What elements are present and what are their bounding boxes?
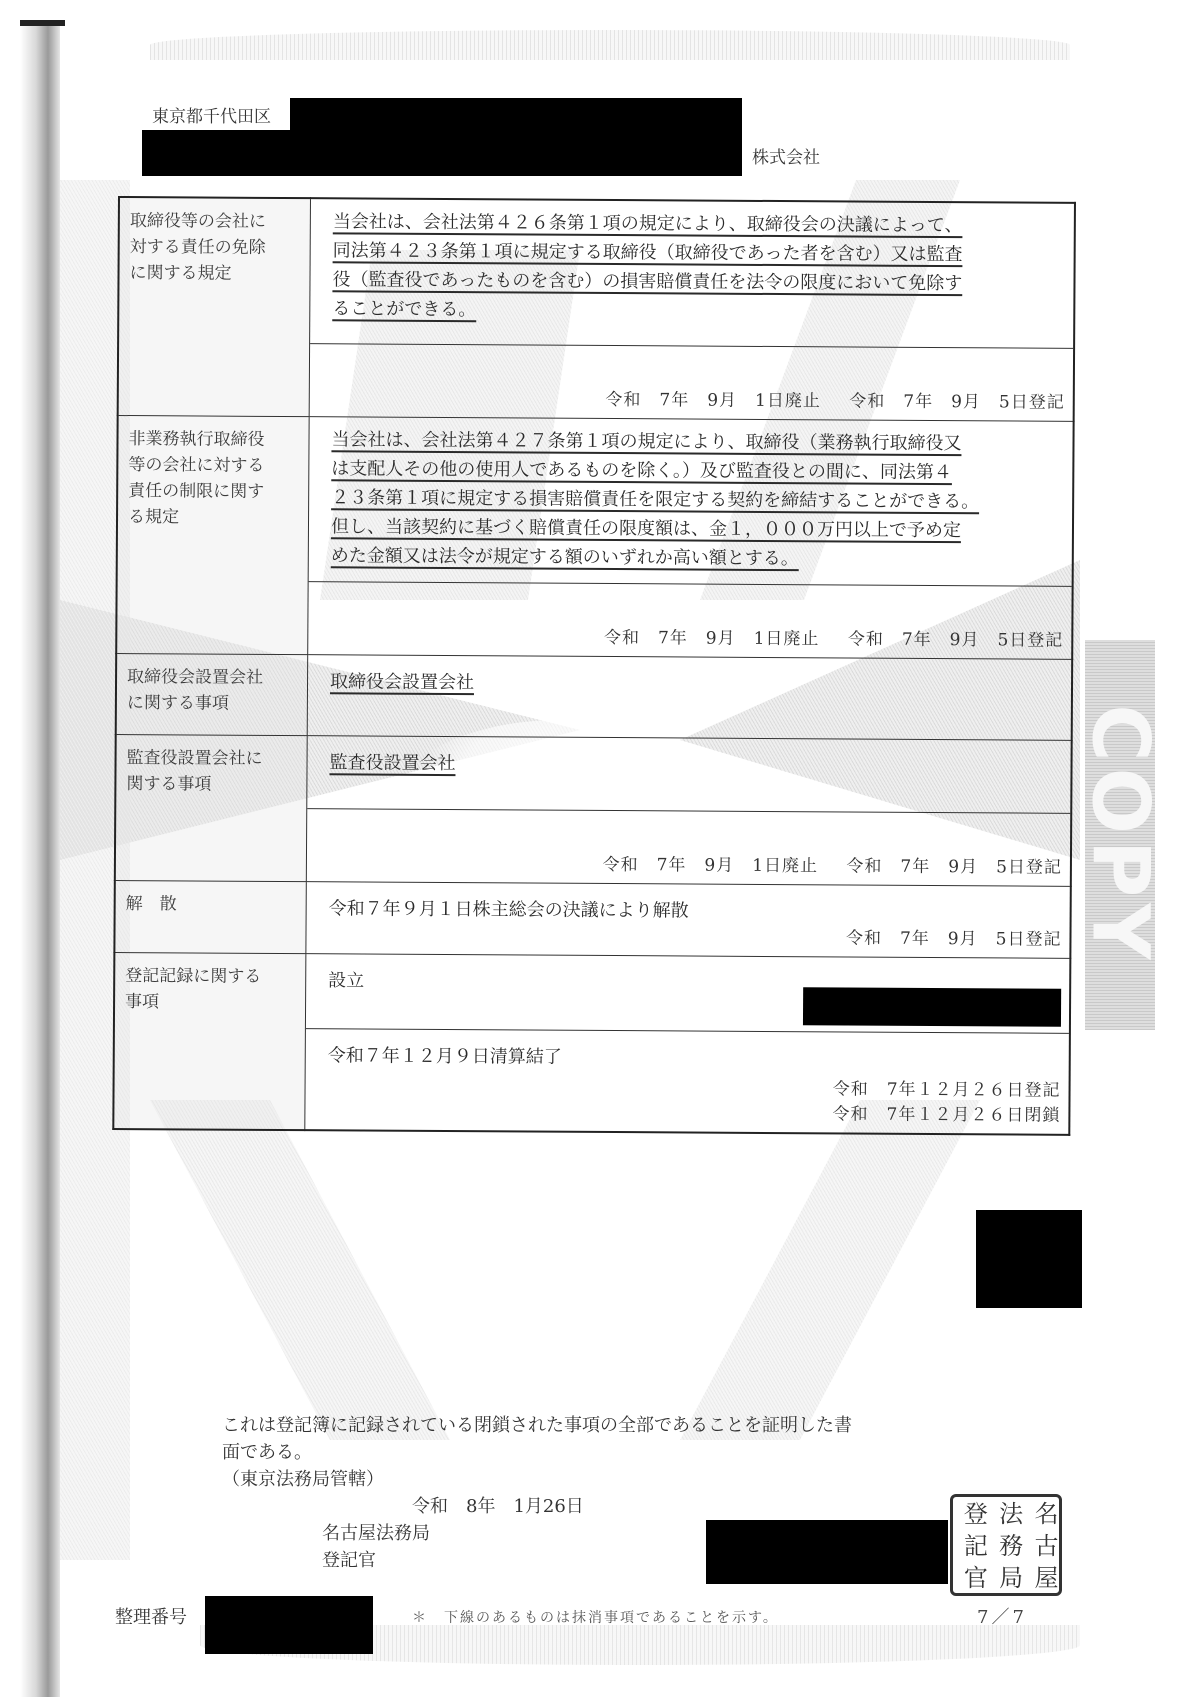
registered-date: 令和 7年 9月 5日登記 xyxy=(849,391,1065,412)
content-line: 取締役会設置会社 xyxy=(330,671,474,693)
section-label: 解 散 xyxy=(114,880,306,953)
section-board-of-directors: 取締役会設置会社 に関する事項 取締役会設置会社 xyxy=(116,653,1072,740)
redacted-stamp xyxy=(976,1210,1082,1308)
entry-establishment: 設立 xyxy=(306,954,1069,1033)
entry-liquidation: 令和７年１２月９日清算結了 令和 7年１２月２６日登記 令和 7年１２月２６日閉… xyxy=(305,1028,1069,1134)
section-label: 登記記録に関する 事項 xyxy=(113,952,306,1130)
section-non-executive-liability-limit: 非業務執行取締役 等の会社に対する 責任の制限に関す る規定 当会社は、会社法第… xyxy=(116,416,1073,660)
closed-date: 令和 7年１２月２６日閉鎖 xyxy=(833,1104,1061,1125)
content-line: 設立 xyxy=(328,970,364,991)
section-content: 当会社は、会社法第４２６条第１項の規定により、取締役会の決議によって、 同法第４… xyxy=(309,198,1075,421)
redacted-establishment-date xyxy=(803,987,1061,1027)
content-line: 当会社は、会社法第４２６条第１項の規定により、取締役会の決議によって、 xyxy=(333,207,1060,240)
abolished-date: 令和 7年 9月 1日廃止 xyxy=(603,855,819,876)
jurisdiction: （東京法務局管轄） xyxy=(222,1466,852,1493)
binding-shadow xyxy=(20,20,60,1697)
registered-date: 令和 7年 9月 5日登記 xyxy=(846,856,1062,877)
underline-footnote: ＊ 下線のあるものは抹消事項であることを示す。 xyxy=(412,1607,779,1627)
content-line: 当会社は、会社法第４２７条第１項の規定により、取締役（業務執行取締役又 xyxy=(331,425,1058,458)
address-prefix: 東京都千代田区 xyxy=(152,102,271,127)
abolished-date: 令和 7年 9月 1日廃止 xyxy=(604,628,820,649)
section-content: 当会社は、会社法第４２７条第１項の規定により、取締役（業務執行取締役又 は支配人… xyxy=(308,417,1074,660)
content-line: 役（監査役であったものを含む）の損害賠償責任を法令の限度において免除す xyxy=(332,265,1059,298)
section-label: 取締役会設置会社 に関する事項 xyxy=(116,653,308,735)
certification-line-2: 面である。 xyxy=(222,1439,852,1466)
redacted-address xyxy=(290,98,742,134)
section-director-liability-exemption: 取締役等の会社に 対する責任の免除 に関する規定 当会社は、会社法第４２６条第１… xyxy=(118,197,1075,421)
section-auditor: 監査役設置会社に 関する事項 監査役設置会社 令和 7年 9月 1日廃止 令和 … xyxy=(115,734,1072,886)
content-line: めた金額又は法令が規定する額のいずれか高い額とする。 xyxy=(331,541,1058,574)
date-line: 令和 7年 9月 1日廃止 令和 7年 9月 5日登記 xyxy=(582,623,1072,659)
registered-date: 令和 7年 9月 5日登記 xyxy=(846,928,1062,949)
binding-corner xyxy=(20,20,65,26)
content-line: 監査役設置会社 xyxy=(329,752,455,774)
content-line: 令和７年９月１日株主総会の決議により解散 xyxy=(329,898,689,921)
date-line: 令和 7年 9月 1日廃止 令和 7年 9月 5日登記 xyxy=(583,385,1073,421)
bg-wedge-lower-left xyxy=(150,1100,450,1440)
section-content: 取締役会設置会社 xyxy=(307,655,1072,741)
certification-line-1: これは登記簿に記録されている閉鎖された事項の全部であることを証明した書 xyxy=(222,1412,852,1439)
registered-date: 令和 7年 9月 5日登記 xyxy=(848,629,1064,650)
date-line: 令和 7年 9月 5日登記 xyxy=(306,920,1069,958)
section-content: 令和７年９月１日株主総会の決議により解散 令和 7年 9月 5日登記 xyxy=(306,882,1071,959)
section-content: 設立 令和７年１２月９日清算結了 令和 7年１２月２６日登記 令和 7年１２月２… xyxy=(305,954,1071,1135)
redacted-registrar-name xyxy=(706,1520,948,1584)
official-seal: 名 古 屋 法 務 局 登 記 官 xyxy=(950,1494,1062,1596)
date-line: 令和 7年 9月 1日廃止 令和 7年 9月 5日登記 xyxy=(581,850,1071,886)
copy-watermark: COPY xyxy=(1085,640,1155,1030)
section-label: 非業務執行取締役 等の会社に対する 責任の制限に関す る規定 xyxy=(116,416,309,655)
page-number: 7／7 xyxy=(977,1603,1027,1629)
section-registry-record: 登記記録に関する 事項 設立 令和７年１２月９日清算結了 令和 7年１２月２６日… xyxy=(113,952,1070,1134)
content-line: ２３条第１項に規定する損害賠償責任を限定する契約を締結することができる。 xyxy=(331,483,1058,516)
content-line: ることができる。 xyxy=(332,294,1059,327)
section-label: 取締役等の会社に 対する責任の免除 に関する規定 xyxy=(118,197,311,417)
redacted-company-name xyxy=(142,130,742,176)
section-dissolution: 解 散 令和７年９月１日株主総会の決議により解散 令和 7年 9月 5日登記 xyxy=(114,880,1070,958)
content-line: は支配人その他の使用人であるものを除く。）及び監査役との間に、同法第４ xyxy=(331,454,1058,487)
company-suffix: 株式会社 xyxy=(752,143,820,168)
content-line: 同法第４２３条第１項に規定する取締役（取締役であった者を含む）又は監査 xyxy=(333,236,1060,269)
bg-wedge-lower-right xyxy=(680,1100,980,1440)
reference-number-label: 整理番号 xyxy=(115,1603,187,1629)
guilloche-top xyxy=(150,30,1070,60)
abolished-date: 令和 7年 9月 1日廃止 xyxy=(605,390,821,411)
section-content: 監査役設置会社 令和 7年 9月 1日廃止 令和 7年 9月 5日登記 xyxy=(306,736,1071,887)
registry-table: 取締役等の会社に 対する責任の免除 に関する規定 当会社は、会社法第４２６条第１… xyxy=(112,196,1076,1136)
section-label: 監査役設置会社に 関する事項 xyxy=(115,734,307,881)
certification-date: 令和 8年 1月26日 xyxy=(222,1493,852,1520)
registered-date: 令和 7年１２月２６日登記 xyxy=(833,1079,1061,1100)
redacted-reference-number xyxy=(205,1596,373,1654)
content-line: 但し、当該契約に基づく賠償責任の限度額は、金１，０００万円以上で予め定 xyxy=(331,512,1058,545)
content-line: 令和７年１２月９日清算結了 xyxy=(328,1045,562,1067)
